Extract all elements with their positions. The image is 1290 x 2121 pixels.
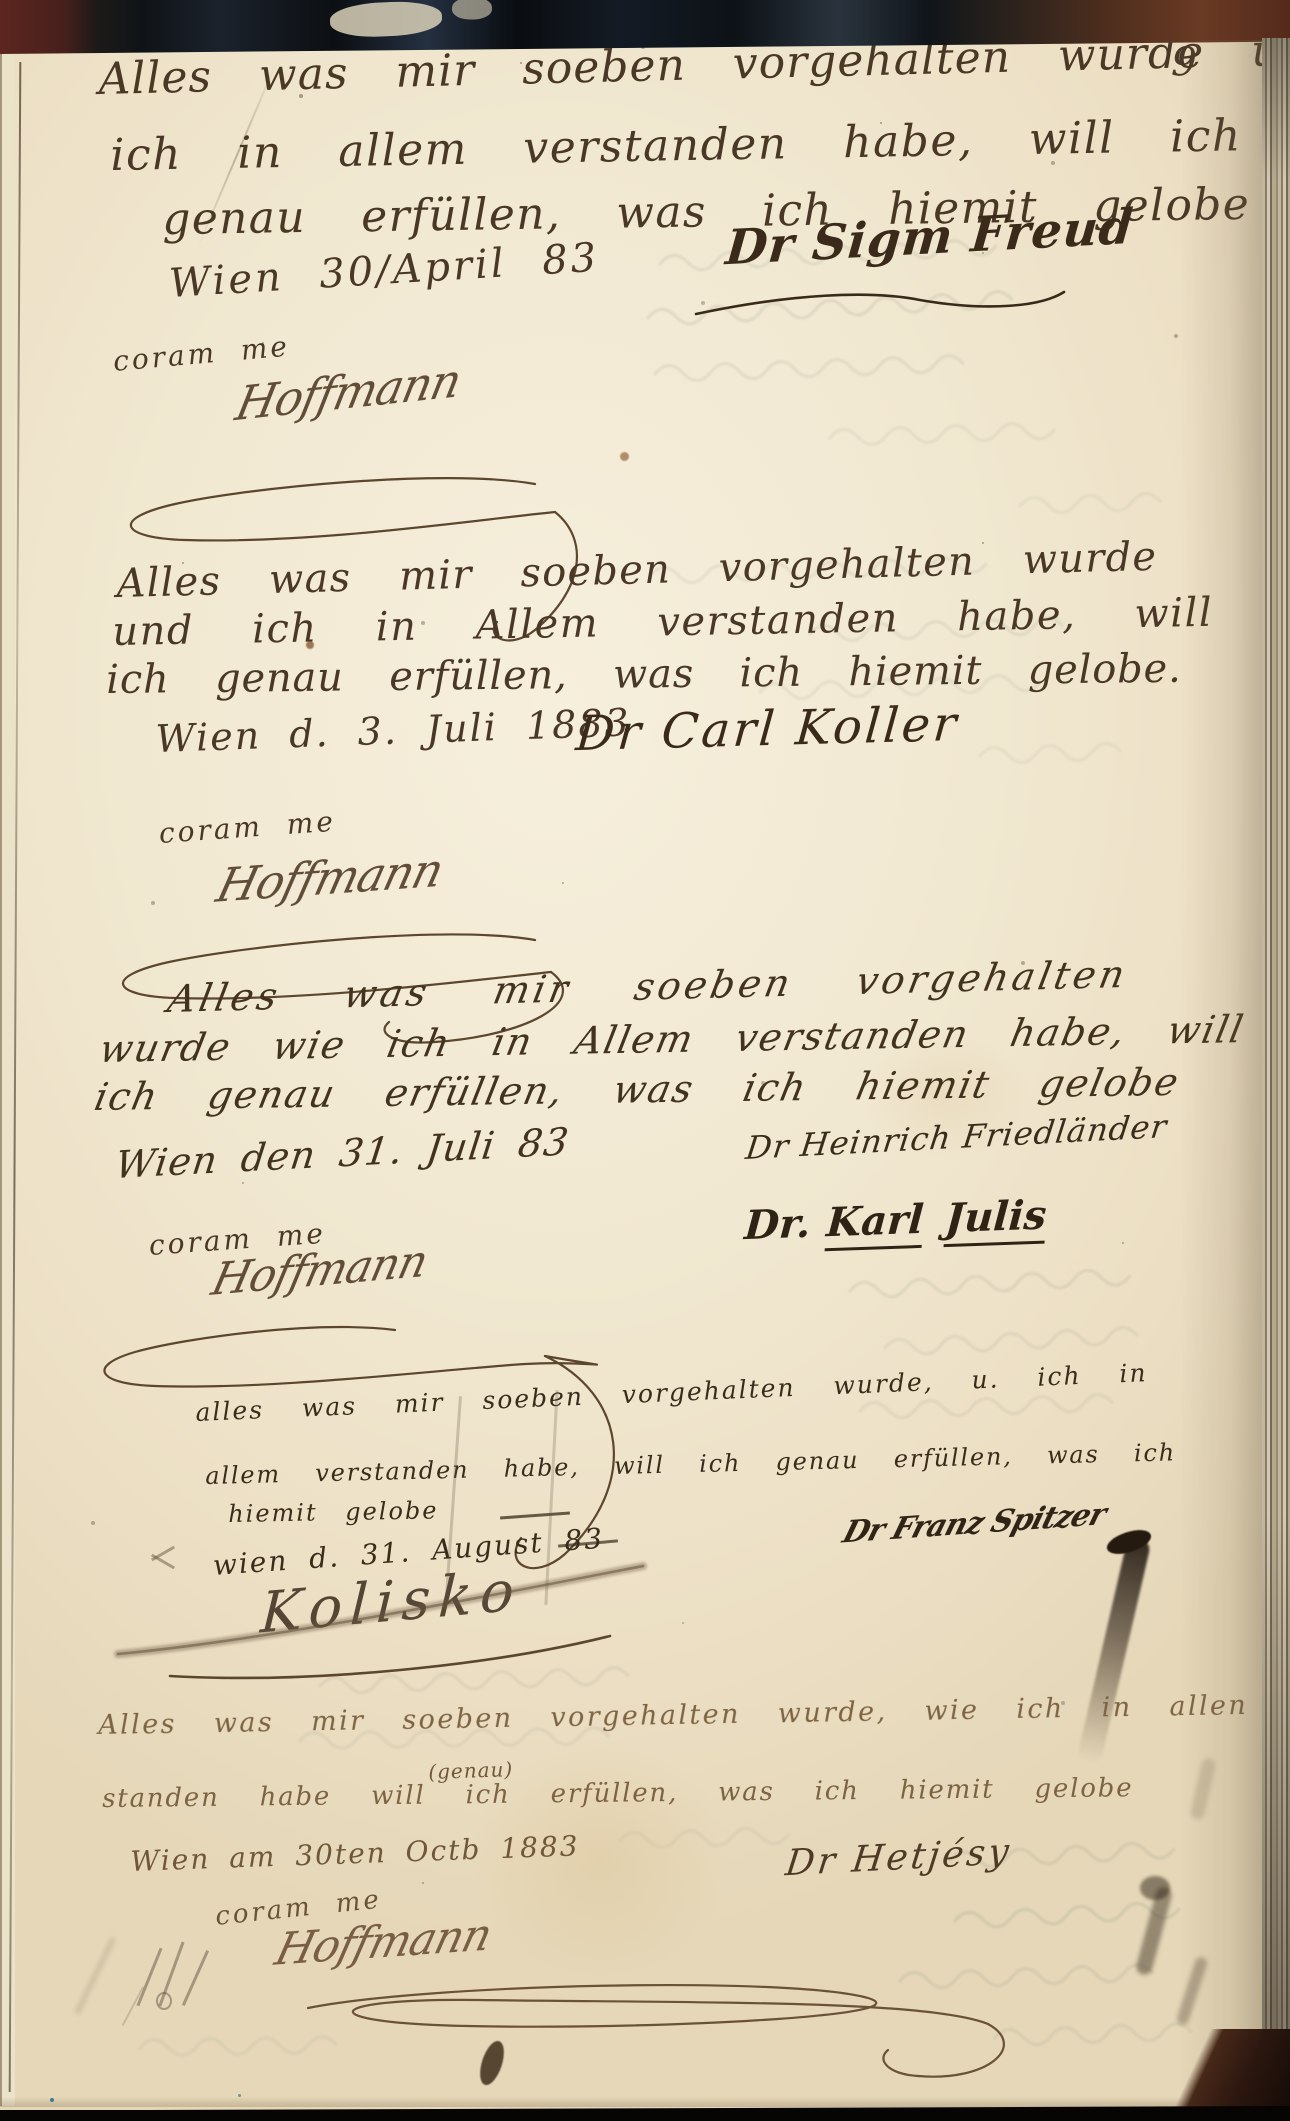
page-edges-right xyxy=(1262,38,1290,2088)
signature-underline-swash xyxy=(690,288,1070,324)
signature-first-name: Karl xyxy=(825,1196,926,1252)
interlinear-insertion: (genau) xyxy=(428,1759,514,1782)
blue-speck xyxy=(50,2098,54,2102)
witness-flourish xyxy=(228,1990,1028,2100)
oath-line: hiemit gelobe xyxy=(228,1498,439,1526)
cover-gap-highlight xyxy=(452,0,492,20)
signature-last-name: Julis xyxy=(943,1191,1048,1247)
page-bottom-shadow xyxy=(0,2097,1240,2107)
blue-speck xyxy=(238,2094,241,2097)
ink-smudge xyxy=(1140,1876,1170,1900)
pencil-ring xyxy=(156,1992,172,2010)
signature-prefix: Dr. xyxy=(743,1200,812,1249)
doctor-signature-koller: Dr Carl Koller xyxy=(574,700,961,758)
page-curvature-shadow xyxy=(1180,40,1262,2095)
smudged-stroke xyxy=(108,1556,653,1661)
doctor-signature-julis: Dr.KarlJulis xyxy=(743,1195,1048,1246)
oath-line: ich genau erfüllen, was ich hiemit gelob… xyxy=(106,649,1182,700)
book-photo: 9 Alles was mir soeben vorgehalten wurde… xyxy=(0,0,1290,2121)
cover-gap-highlight xyxy=(329,0,442,39)
